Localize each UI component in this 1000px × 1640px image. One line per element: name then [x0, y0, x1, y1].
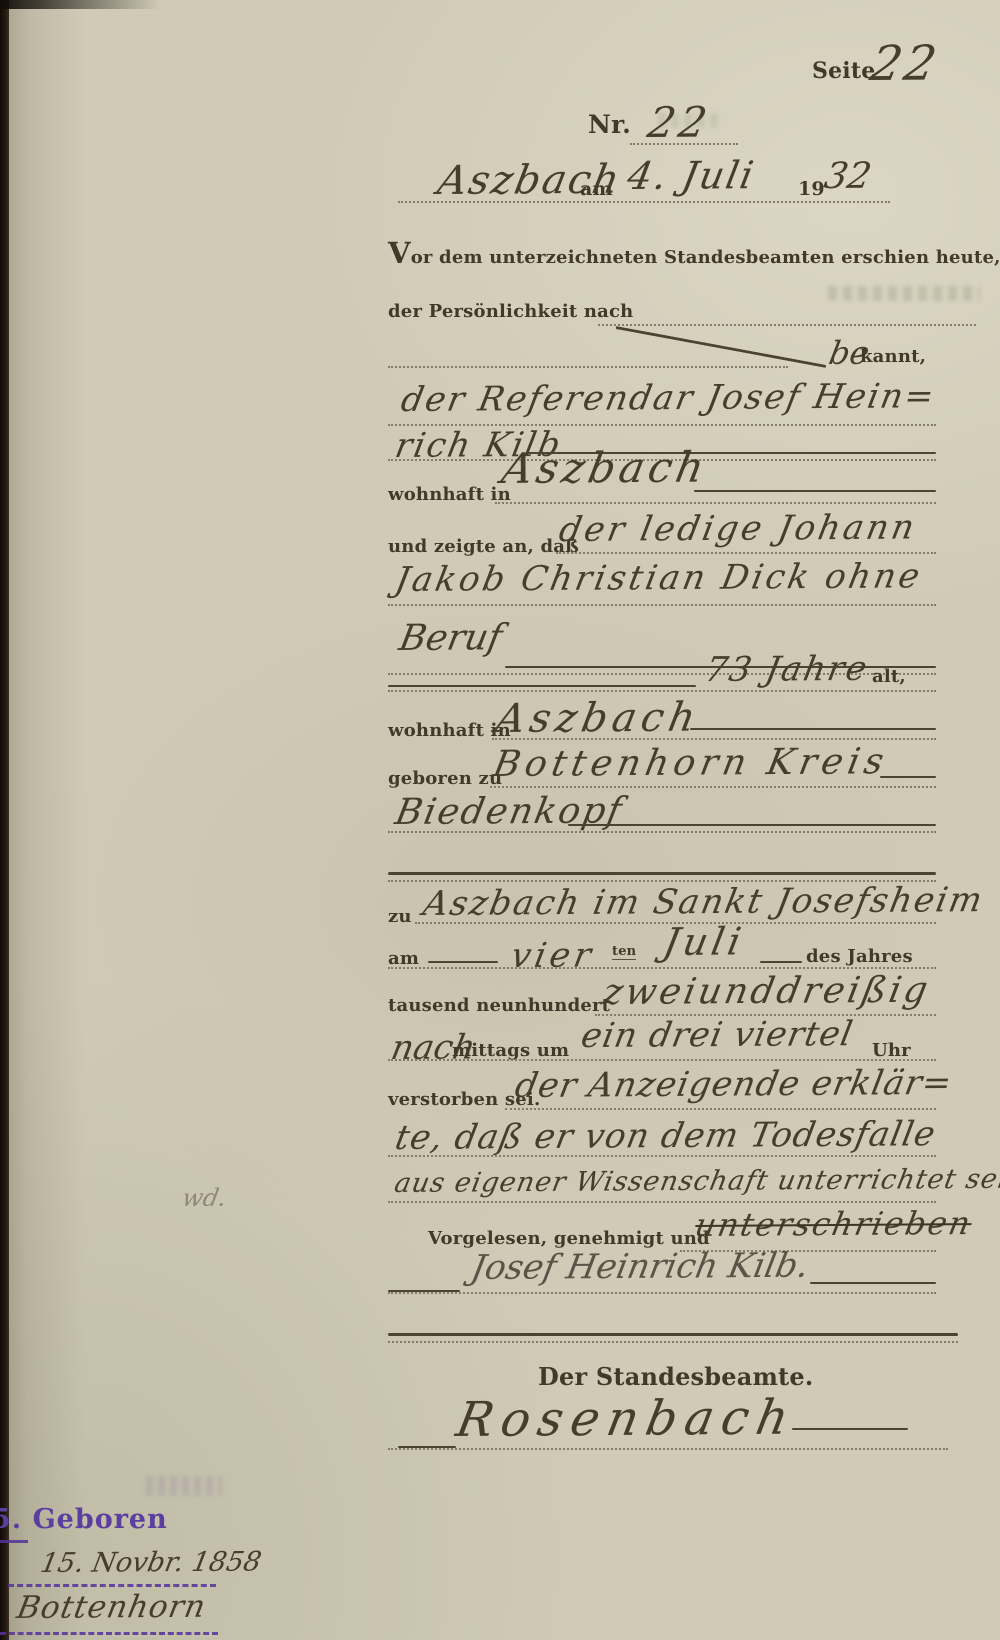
stamp-ghost [146, 1476, 222, 1496]
ink-fill-line [388, 685, 696, 687]
deceased-line2: Jakob Christian Dick ohne [392, 556, 926, 600]
form-intro-rest: or dem unterzeichneten Standesbeamten er… [411, 247, 1000, 268]
ruled-line [388, 1201, 936, 1203]
dateline-year-hand: 32 [821, 156, 875, 197]
ruled-line [388, 1292, 936, 1294]
declarant-signature: Josef Heinrich Kilb. [468, 1246, 812, 1288]
death-time: ein drei viertel [578, 1014, 856, 1056]
birthplace-line2: Biedenkopf [392, 790, 627, 833]
ruled-line [398, 201, 890, 203]
form-zeigte-label: und zeigte an, daß [388, 536, 579, 557]
ink-fill-line [810, 1282, 936, 1284]
form-alt-label: alt, [872, 666, 906, 687]
closing-rule [388, 1333, 958, 1336]
form-intro-initial: V [388, 236, 411, 270]
declaration-line3: aus eigener Wissenschaft unterrichtet se… [392, 1164, 1000, 1199]
ink-fill-line [792, 1428, 908, 1430]
declarant-residence: Aszbach [498, 443, 712, 493]
ruled-line [495, 502, 936, 504]
form-des-jahres-label: des Jahres [806, 946, 913, 967]
ink-fill-line [760, 961, 802, 963]
form-geboren-label: geboren zu [388, 768, 502, 789]
ink-fill-line [880, 776, 936, 778]
form-mittags-label: mittags um [452, 1040, 569, 1061]
ink-fill-line [694, 490, 936, 492]
ruled-line [630, 143, 738, 145]
ink-ghost-top [828, 286, 980, 301]
ink-fill-line [388, 872, 936, 875]
death-month: Juli [660, 919, 748, 964]
death-place: Aszbach im Sankt Josefsheim [420, 880, 987, 924]
form-persoenlichkeit-label: der Persönlichkeit nach [388, 301, 633, 322]
form-ten-label: ten [612, 944, 636, 960]
ruled-line [388, 831, 936, 833]
ruled-line [388, 1155, 936, 1157]
cancellation-slash [615, 326, 826, 368]
page-number-label: Seite [812, 58, 875, 84]
deceased-line3: Beruf [396, 617, 505, 659]
ruled-line [492, 738, 936, 740]
declarant-line1: der Referendar Josef Hein= [398, 376, 939, 420]
death-year-word: zweiunddreißig [600, 970, 934, 1013]
form-zu-label: zu [388, 906, 412, 927]
stamp-dashed-line [0, 1632, 218, 1635]
ink-fill-line [690, 728, 936, 730]
ruled-line [388, 604, 936, 606]
declaration-line1: der Anzeigende erklär= [512, 1063, 956, 1106]
form-am-label: am [388, 948, 419, 969]
form-wohnhaft-label-1: wohnhaft in [388, 484, 511, 505]
pencil-margin-note: wd. [180, 1184, 229, 1212]
stamp-birth-date: 15. Novbr. 1858 [38, 1546, 264, 1579]
form-standesbeamte-label: Der Standesbeamte. [538, 1362, 813, 1391]
birthplace-line1: Bottenhorn Kreis [490, 741, 892, 785]
dateline-am-label: am [580, 178, 613, 200]
birth-registry-stamp: 5. Geboren [0, 1504, 168, 1535]
bekannt-printed-fragment: kannt, [860, 346, 926, 367]
stamp-birth-place: Bottenhorn [14, 1589, 209, 1626]
binding-left-edge [0, 0, 9, 1640]
ruled-line [388, 1341, 958, 1343]
dateline-day-month: 4. Juli [624, 153, 759, 198]
entry-number-label: Nr. [588, 110, 631, 139]
ruled-line [388, 366, 788, 368]
form-tausend-label: tausend neunhundert [388, 995, 610, 1016]
ruled-line [388, 1448, 948, 1450]
ruled-line [556, 552, 936, 554]
register-page-scan: Seite 22 Nr. 22 Aszbach am 4. Juli 19 32… [0, 0, 1000, 1640]
crossed-out-word: unterschrieben [692, 1204, 975, 1244]
stamp-underline-short [0, 1540, 28, 1543]
ruled-line [505, 1108, 936, 1110]
form-intro-line: Vor dem unterzeichneten Standesbeamten e… [388, 244, 1000, 268]
declaration-line2: te, daß er von dem Todesfalle [392, 1114, 939, 1158]
registrar-signature: Rosenbach [452, 1390, 801, 1448]
ink-fill-line [568, 824, 936, 826]
ruled-line [598, 324, 976, 326]
page-number-value: 22 [866, 36, 944, 92]
binding-top-edge [0, 0, 160, 9]
ink-fill-line [428, 961, 498, 963]
ruled-line [388, 1059, 936, 1061]
ruled-line [388, 690, 936, 692]
ruled-line [388, 967, 936, 969]
age-value: 73 Jahre [702, 649, 872, 690]
entry-number-value: 22 [644, 98, 715, 147]
deceased-line1: der ledige Johann [556, 508, 920, 550]
ruled-line [490, 786, 936, 788]
form-uhr-label: Uhr [872, 1040, 911, 1061]
death-day: vier [508, 935, 598, 976]
stamp-dashed-line [8, 1584, 216, 1587]
deceased-residence: Aszbach [492, 695, 704, 742]
